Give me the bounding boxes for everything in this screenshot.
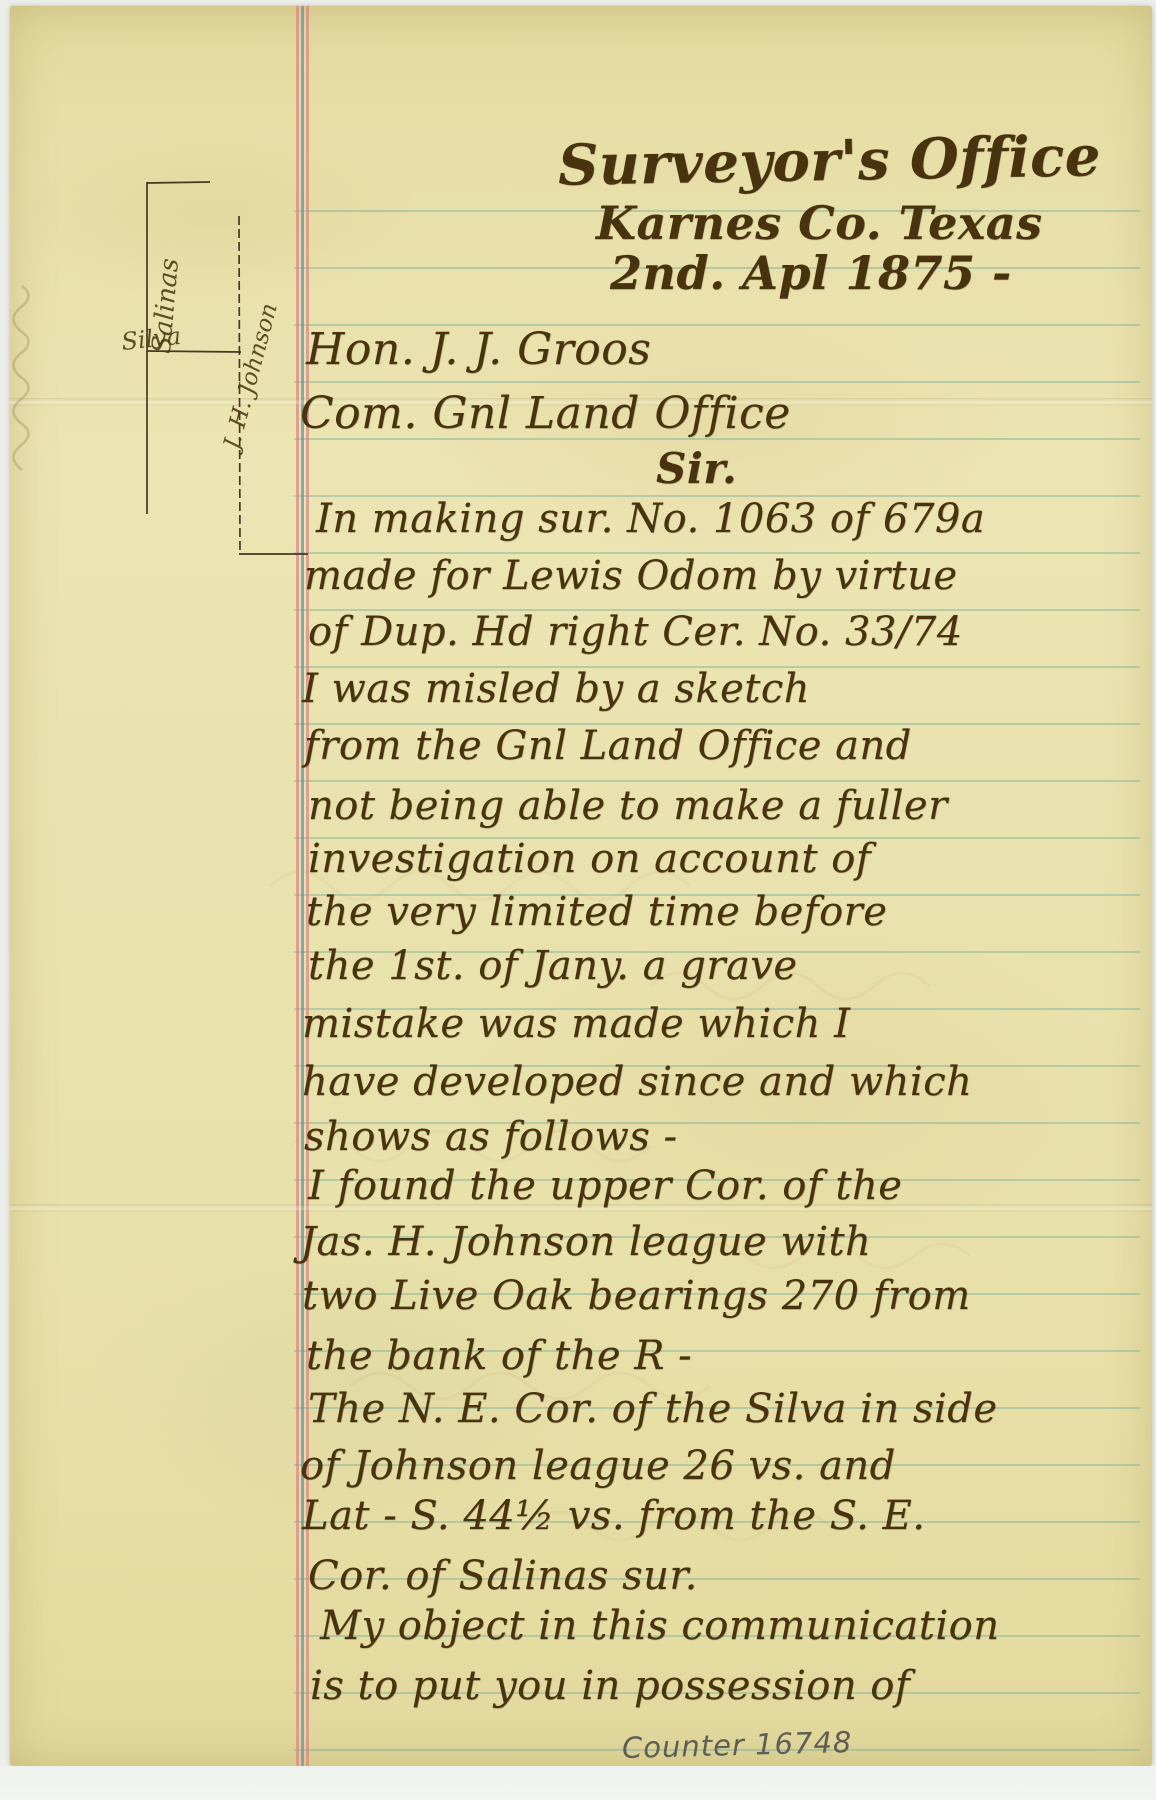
recipient-name: Hon. J. J. Groos xyxy=(306,324,651,375)
body-line: Lat - S. 44½ vs. from the S. E. xyxy=(302,1493,925,1539)
body-line: I found the upper Cor. of the xyxy=(308,1163,902,1209)
body-line: investigation on account of xyxy=(308,836,871,882)
sketch-top-line xyxy=(147,182,210,183)
body-line: mistake was made which I xyxy=(302,1001,850,1047)
body-line: is to put you in possession of xyxy=(310,1663,910,1709)
body-line: the very limited time before xyxy=(306,889,887,935)
heading-office: Surveyor's Office xyxy=(557,123,1101,198)
body-line: Cor. of Salinas sur. xyxy=(308,1553,698,1599)
body-line: I was misled by a sketch xyxy=(302,666,810,712)
body-line: the bank of the R - xyxy=(306,1333,692,1379)
salutation: Sir. xyxy=(656,444,737,493)
body-line: from the Gnl Land Office and xyxy=(304,723,912,769)
body-line: Jas. H. Johnson league with xyxy=(300,1219,871,1265)
body-line: have developed since and which xyxy=(302,1059,972,1105)
sketch-label-johnson: J. H. Johnson xyxy=(218,300,283,455)
body-line: two Live Oak bearings 270 from xyxy=(302,1273,971,1319)
body-line: the 1st. of Jany. a grave xyxy=(308,943,798,989)
body-line: of Dup. Hd right Cer. No. 33/74 xyxy=(308,609,963,655)
letter-page: Salinas Silva J. H. Johnson Surveyor's O… xyxy=(10,6,1152,1766)
counter-annotation: Counter 16748 xyxy=(622,1725,853,1765)
body-line: made for Lewis Odom by virtue xyxy=(304,553,958,599)
recipient-office: Com. Gnl Land Office xyxy=(300,388,791,439)
body-line: In making sur. No. 1063 of 679a xyxy=(316,496,985,542)
scan-bottom-strip xyxy=(0,1766,1156,1800)
scan-background: Salinas Silva J. H. Johnson Surveyor's O… xyxy=(0,0,1156,1800)
body-line: The N. E. Cor. of the Silva in side xyxy=(308,1386,998,1432)
bleedthrough-marginalia xyxy=(4,276,44,496)
body-line: not being able to make a fuller xyxy=(308,783,948,829)
body-line: of Johnson league 26 vs. and xyxy=(300,1443,896,1489)
body-line: My object in this communication xyxy=(320,1603,999,1649)
heading-date: 2nd. Apl 1875 - xyxy=(610,246,1012,300)
survey-sketch: Salinas Silva J. H. Johnson xyxy=(100,146,330,616)
body-line: shows as follows - xyxy=(304,1114,678,1160)
heading-county: Karnes Co. Texas xyxy=(596,196,1043,250)
